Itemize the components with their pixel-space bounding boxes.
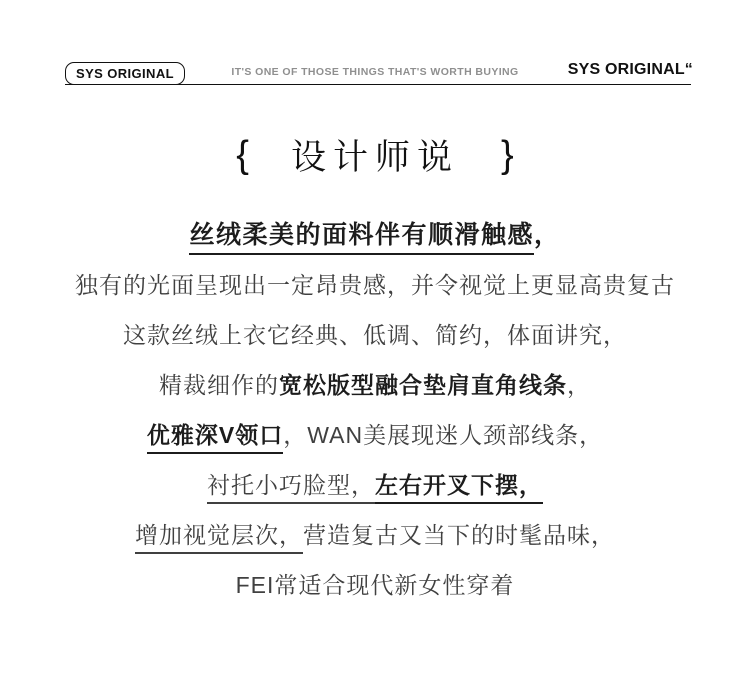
section-title: { 设计师说 } [0,138,750,176]
close-brace-decoration: } [501,136,514,174]
description-segment: 这款丝绒上衣它经典、低调、简约，体面讲究， [123,322,627,348]
description: 丝绒柔美的面料伴有顺滑触感，独有的光面呈现出一定昂贵感，并令视觉上更显高贵复古这… [0,210,750,610]
description-segment: 衬托小巧脸型， [207,472,375,504]
description-segment: 优雅深V领口 [147,422,283,454]
description-segment: 增加视觉层次， [135,522,303,554]
description-segment: 左右开叉下摆， [375,472,543,504]
description-line: FEI常适合现代新女性穿着 [0,560,750,610]
section-title-text: 设计师说 [291,140,459,175]
description-line: 丝绒柔美的面料伴有顺滑触感， [0,210,750,260]
description-segment: ， [534,221,561,249]
description-segment: ，WAN美展现迷人颈部线条， [283,422,603,448]
description-line: 衬托小巧脸型，左右开叉下摆， [0,460,750,510]
description-segment: FEI常适合现代新女性穿着 [236,572,515,598]
open-brace-decoration: { [236,136,249,174]
product-description-page: SYS ORIGINAL IT'S ONE OF THOSE THINGS TH… [0,0,750,677]
description-segment: 营造复古又当下的时髦品味， [303,522,615,548]
description-segment: 丝绒柔美的面料伴有顺滑触感 [189,221,534,255]
description-line: 这款丝绒上衣它经典、低调、简约，体面讲究， [0,310,750,360]
description-line: 优雅深V领口，WAN美展现迷人颈部线条， [0,410,750,460]
description-line: 精裁细作的宽松版型融合垫肩直角线条， [0,360,750,410]
description-segment: ， [567,372,591,398]
description-segment: 宽松版型融合垫肩直角线条 [279,372,567,398]
brand-name-right: SYS ORIGINAL“ [568,61,693,79]
description-line: 增加视觉层次，营造复古又当下的时髦品味， [0,510,750,560]
description-line: 独有的光面呈现出一定昂贵感，并令视觉上更显高贵复古 [0,260,750,310]
description-segment: 独有的光面呈现出一定昂贵感，并令视觉上更显高贵复古 [75,272,675,298]
description-segment: 精裁细作的 [159,372,279,398]
